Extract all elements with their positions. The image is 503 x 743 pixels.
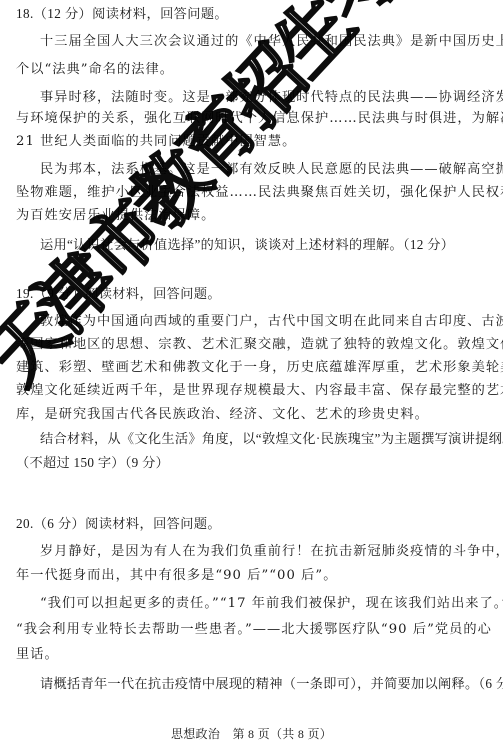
q18-material-line: 为百姓安居乐业提供法治保障。 <box>16 208 493 224</box>
q18-material-line: 与环境保护的关系，强化互联网时代个人信息保护……民法典与时俱进，为解决 <box>16 111 493 127</box>
q19-material-line: 敦煌作为中国通向西域的重要门户，古代中国文明在此同来自古印度、古波斯 <box>40 314 493 330</box>
q19-prompt-limit: （不超过 150 字）（9 分） <box>16 455 493 471</box>
q18-material-line: 民为邦本，法系根基。这是一部有效反映人民意愿的民法典——破解高空抛物 <box>40 162 493 178</box>
q18-material-line: 21 世纪人类面临的共同问题贡献中国智慧。 <box>16 134 493 150</box>
q20-material-line: 年一代挺身而出，其中有很多是“90 后”“00 后”。 <box>16 568 493 584</box>
q18-material-line: 事异时移，法随时变。这是一部充分体现时代特点的民法典——协调经济发展 <box>40 90 493 106</box>
q19-prompt: 结合材料，从《文化生活》角度，以“敦煌文化·民族瑰宝”为主题撰写演讲提纲。 <box>40 431 493 447</box>
q20-material-line: “我们可以担起更多的责任。”“17 年前我们被保护，现在该我们站出来了。” <box>40 596 493 612</box>
q18-material-line: 坠物难题，维护小区业主合法权益……民法典聚焦百姓关切，强化保护人民权利， <box>16 185 493 201</box>
q19-material-line: 建筑、彩塑、壁画艺术和佛教文化于一身，历史底蕴雄浑厚重，艺术形象美轮美奂。 <box>16 360 493 376</box>
q20-prompt: 请概括青年一代在抗击疫情中展现的精神（一条即可），并简要加以阐释。（6 分） <box>40 676 493 692</box>
q20-header: 20.（6 分）阅读材料，回答问题。 <box>16 516 493 532</box>
exam-page: 18.（12 分）阅读材料，回答问题。 十三届全国人大三次会议通过的《中华人民共… <box>0 0 503 743</box>
q20-material-line: “我会利用专业特长去帮助一些患者。”——北大援鄂医疗队“90 后”党员的心 <box>16 622 493 638</box>
q18-prompt: 运用“认识社会与价值选择”的知识，谈谈对上述材料的理解。（12 分） <box>40 237 493 253</box>
page-footer: 思想政治 第 8 页（共 8 页） <box>0 725 503 742</box>
q19-header: 19.（9 分）阅读材料，回答问题。 <box>16 286 493 302</box>
q20-material-line: 岁月静好，是因为有人在为我们负重前行！在抗击新冠肺炎疫情的斗争中，青 <box>40 544 493 560</box>
q18-material-line: 个以“法典”命名的法律。 <box>16 62 493 78</box>
q18-material-line: 十三届全国人大三次会议通过的《中华人民共和国民法典》是新中国历史上首 <box>40 34 493 50</box>
q19-material-line: 等国家和地区的思想、宗教、艺术汇聚交融，造就了独特的敦煌文化。敦煌文化集 <box>16 337 493 353</box>
q19-material-line: 敦煌文化延续近两千年，是世界现存规模最大、内容最丰富、保存最完整的艺术宝 <box>16 383 493 399</box>
q18-header: 18.（12 分）阅读材料，回答问题。 <box>16 6 493 22</box>
q20-material-line: 里话。 <box>16 647 493 663</box>
q19-material-line: 库，是研究我国古代各民族政治、经济、文化、艺术的珍贵史料。 <box>16 407 493 423</box>
